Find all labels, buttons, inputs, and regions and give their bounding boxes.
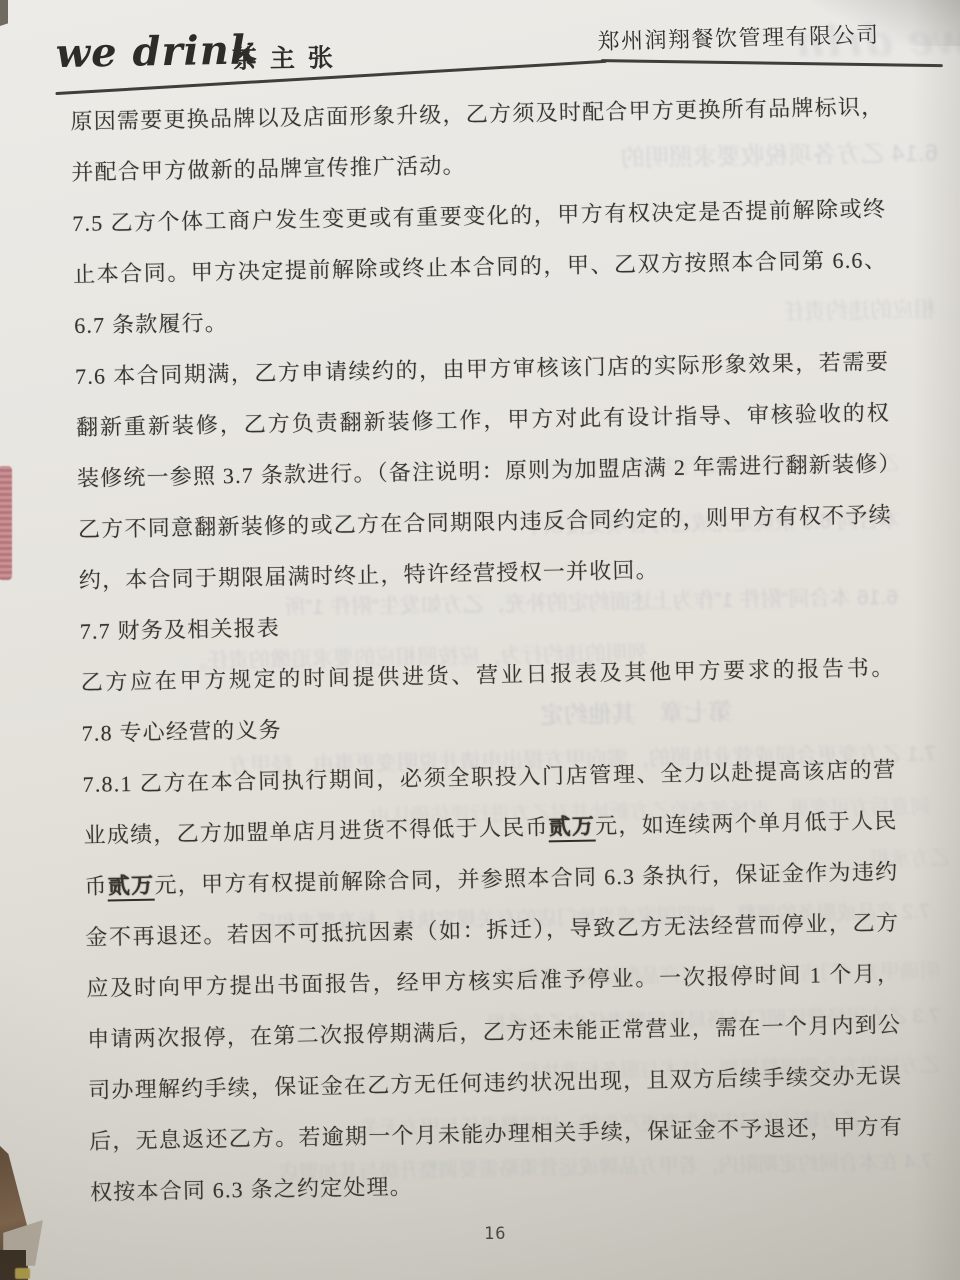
line-text: 元，如连续两个单月低于人民 (595, 808, 898, 839)
line-text: 乙方应在甲方规定的时间提供进货、营业日报表及其他甲方要求的报告书。 (81, 655, 895, 695)
line-text: 权按本合同 6.3 条之约定处理。 (90, 1174, 413, 1205)
photo-shade-right (912, 0, 960, 1280)
line-text: 止本合同。甲方决定提前解除或终止本合同的，甲、乙双方按照本合同第 6.6、 (73, 247, 887, 287)
line-text: 元，甲方有权提前解除合同，并参照本合同 6.3 条执行，保证金作为违约 (154, 859, 898, 898)
line-text: 6.7 条款履行。 (74, 310, 228, 338)
line-text: 7.6 本合同期满，乙方申请续约的，由甲方审核该门店的实际形象效果，若需要 (75, 349, 889, 389)
table-corner-bottom-left (0, 1146, 28, 1280)
line-text: 金不再退还。若因不可抵抗因素（如：拆迁），导致乙方无法经营而停业，乙方 (85, 910, 899, 950)
line-text: 7.8.1 乙方在本合同执行期间，必须全职投入门店管理、全力以赴提高该店的营 (82, 757, 896, 797)
table-corner-object (15, 1268, 30, 1279)
pink-object-left-edge (0, 466, 12, 580)
line-text: 司办理解约手续，保证金在乙方无任何违约状况出现，且双方后续手续交办无误 (88, 1063, 902, 1103)
line-text: 7.5 乙方个体工商户发生变更或有重要变化的，甲方有权决定是否提前解除或终 (72, 196, 886, 236)
page-number: 16 (484, 1224, 506, 1244)
line-text: 币 (84, 873, 108, 898)
emphasized-amount: 贰万 (108, 873, 155, 902)
brand-logo-text: we drink (55, 26, 259, 77)
page-header: we drink 茶主张 郑州润翔餐饮管理有限公司 (0, 0, 959, 1)
document-lines: 原因需要更换品牌以及店面形象升级，乙方须及时配合甲方更换所有品牌标识，并配合甲方… (70, 81, 904, 1218)
line-text: 业成绩，乙方加盟单店月进货不得低于人民币 (83, 814, 549, 848)
emphasized-amount: 贰万 (548, 814, 595, 843)
line-text: 装修统一参照 3.7 条款进行。（备注说明：原则为加盟店满 2 年需进行翻新装修… (77, 451, 892, 491)
line-text: 约，本合同于期限届满时终止，特许经营授权一并收回。 (79, 557, 659, 593)
line-text: 原因需要更换品牌以及店面形象升级，乙方须及时配合甲方更换所有品牌标识， (70, 94, 884, 134)
line-text: 乙方不同意翻新装修的或乙方在合同期限内违反合同约定的，则甲方有权不予续 (78, 502, 892, 542)
line-text: 并配合甲方做新的品牌宣传推广活动。 (71, 153, 466, 185)
header-rule-right (601, 59, 943, 67)
company-name: 郑州润翔餐饮管理有限公司 (597, 18, 880, 56)
table-corner-wedge (3, 1220, 43, 1266)
table-corner-shadow (0, 1250, 26, 1280)
table-edge-top-left (0, 0, 8, 26)
line-text: 后，无息返还乙方。若逾期一个月未能办理相关手续，保证金不予退还，甲方有 (89, 1114, 903, 1154)
line-text: 申请两次报停，在第二次报停期满后，乙方还未能正常营业，需在一个月内到公 (87, 1012, 901, 1052)
paper-edge-left (0, 382, 5, 702)
line-text: 7.8 专心经营的义务 (81, 717, 282, 746)
brand-logo-cjk: 茶主张 (231, 38, 346, 76)
line-text: 7.7 财务及相关报表 (80, 615, 281, 644)
document-photo: we drink 茶主张 郑州润翔餐饮管理有限公司 we drink6.14 乙… (0, 0, 960, 1280)
